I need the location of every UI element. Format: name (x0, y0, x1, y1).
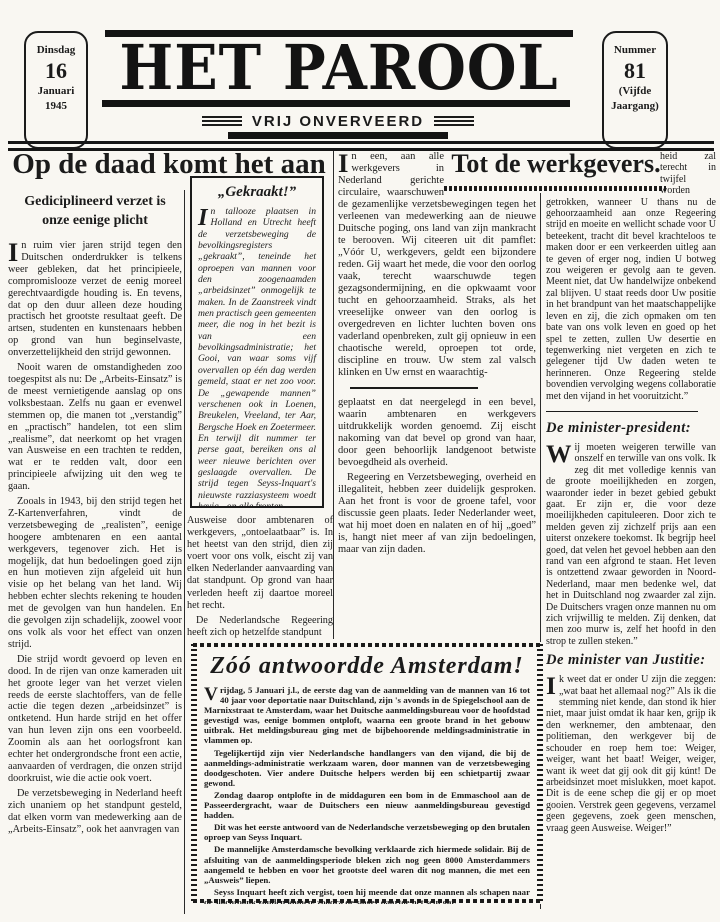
headline-wrap-spacer (546, 151, 660, 195)
column-4: heid zal terecht in twijfel worden getro… (546, 151, 716, 911)
lead-continuation: De Nederlandsche Regeering heeft zich op… (187, 615, 333, 639)
date-day: 16 (26, 58, 86, 84)
amsterdam-paragraph: Tegelijkertijd zijn vier Nederlandsche h… (204, 748, 530, 788)
newspaper-motto: VRIJ ONVERVEERD (252, 113, 424, 130)
column-2-continuation: Ausweise door ambtenaren of werkgevers, … (187, 515, 333, 641)
column-1-lead-article: Gediciplineerd verzet is onze eenige pli… (8, 190, 182, 916)
amsterdam-paragraph: Dit was het eerste antwoord van de Neder… (204, 822, 530, 842)
column-4-separator-rule (546, 411, 698, 412)
gekraakt-box: „Gekraakt!” In tallooze plaatsen in Holl… (190, 176, 324, 508)
stripe-ornament-right (434, 116, 474, 127)
minister-president-heading: De minister-president: (546, 419, 716, 437)
newspaper-page: Dinsdag 16 Januari 1945 HET PAROOL VRIJ … (0, 0, 720, 922)
date-box: Dinsdag 16 Januari 1945 (24, 31, 88, 149)
headline-wrap-spacer (444, 151, 536, 195)
minister-justitie-heading: De minister van Justitie: (546, 651, 716, 669)
issue-number-box: Nummer 81 (Vijfde Jaargang) (602, 31, 668, 149)
masthead-subtitle-row: VRIJ ONVERVEERD (200, 113, 476, 129)
lead-subhead: Gediciplineerd verzet is onze eenige pli… (8, 192, 182, 230)
lead-continuation: geplaatst en dat neergelegd in een bevel… (338, 397, 536, 469)
issue-label: Nummer (604, 43, 666, 58)
lead-continuation: Regeering en Verzetsbeweging, overheid e… (338, 472, 536, 556)
issue-number: 81 (604, 58, 666, 84)
motto-underline-rule (228, 132, 448, 139)
gekraakt-body: In tallooze plaatsen in Holland en Utrec… (198, 206, 316, 508)
minister-president-quote: Wij moeten weigeren terwille van onszelf… (546, 442, 716, 647)
date-month: Januari (26, 84, 86, 99)
amsterdam-box: Zóó antwoordde Amsterdam! Vrijdag, 5 Jan… (190, 642, 544, 904)
amsterdam-box-bottom-rule (193, 899, 541, 903)
stripe-ornament-left (202, 116, 242, 127)
lead-paragraph: De verzetsbeweging in Nederland heeft zi… (8, 788, 182, 836)
amsterdam-box-top-rule (193, 643, 541, 647)
masthead-bottom-rule (102, 100, 570, 107)
column-3-separator-rule (350, 387, 478, 389)
minister-justitie-quote: Ik weet dat er onder U zijn die zeggen: … (546, 674, 716, 834)
issue-volume-line2: Jaargang) (604, 99, 666, 114)
newspaper-title: HET PAROOL (100, 33, 578, 106)
column-3: In een, aan alle werkgevers in Nederland… (338, 151, 536, 641)
amsterdam-title: Zóó antwoordde Amsterdam! (204, 652, 530, 680)
gekraakt-title: „Gekraakt!” (198, 182, 316, 202)
amsterdam-body: Vrijdag, 5 Januari j.l., de eerste dag v… (204, 685, 530, 904)
lead-paragraph: Nooit waren de omstandigheden zoo toeges… (8, 362, 182, 493)
lead-paragraph: Die strijd wordt gevoerd op leven en doo… (8, 654, 182, 785)
amsterdam-paragraph: Vrijdag, 5 Januari j.l., de eerste dag v… (204, 685, 530, 746)
lead-continuation: Ausweise door ambtenaren of werkgevers, … (187, 515, 333, 612)
amsterdam-paragraph: De mannelijke Amsterdamsche bevolking ve… (204, 844, 530, 884)
column-rule-2 (333, 151, 334, 639)
date-year: 1945 (26, 99, 86, 114)
lead-paragraph: In ruim vier jaren strijd tegen den Duit… (8, 240, 182, 359)
column-rule-1 (184, 190, 185, 914)
issue-volume-line1: (Vijfde (604, 84, 666, 99)
date-weekday: Dinsdag (26, 43, 86, 58)
lead-paragraph: Zooals in 1943, bij den strijd tegen het… (8, 496, 182, 651)
amsterdam-paragraph: Zondag daarop ontplofte in de middaguren… (204, 790, 530, 820)
